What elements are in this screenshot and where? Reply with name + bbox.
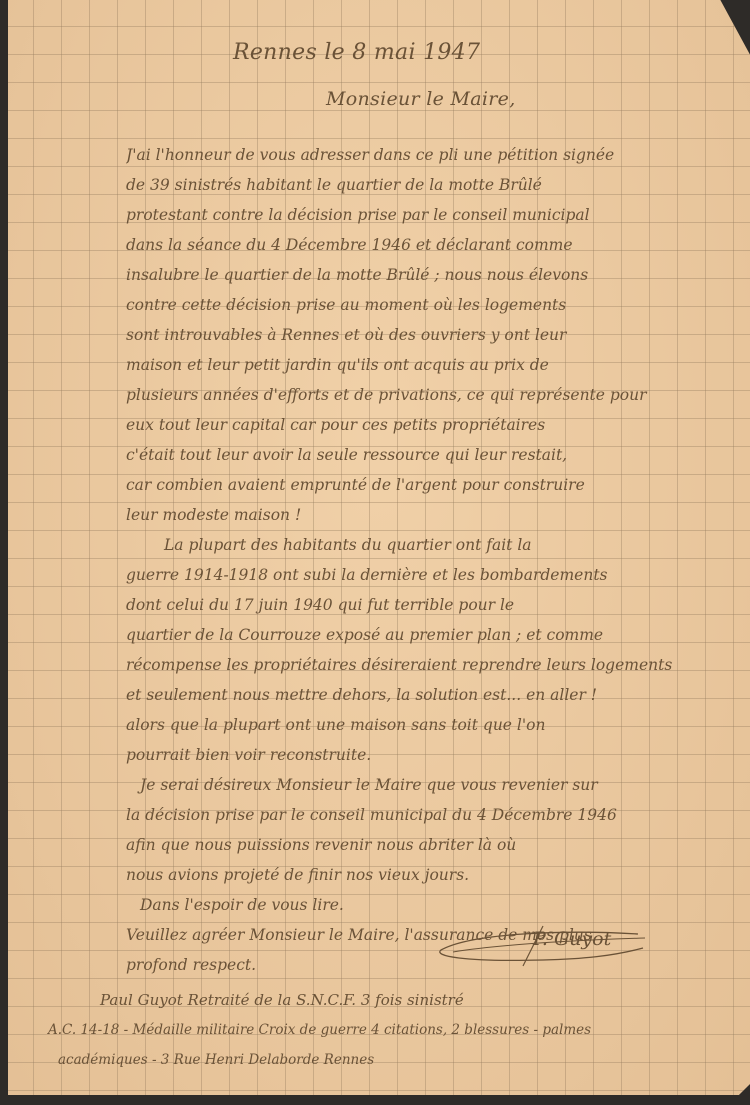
body-line: guerre 1914-1918 ont subi la dernière et… bbox=[126, 560, 736, 590]
body-line: la décision prise par le conseil municip… bbox=[126, 800, 736, 830]
body-line: protestant contre la décision prise par … bbox=[126, 200, 736, 230]
body-line: dont celui du 17 juin 1940 qui fut terri… bbox=[126, 590, 736, 620]
body-line: contre cette décision prise au moment où… bbox=[126, 290, 736, 320]
body-line: dans la séance du 4 Décembre 1946 et déc… bbox=[126, 230, 736, 260]
sender-name-line: Paul Guyot Retraité de la S.N.C.F. 3 foi… bbox=[48, 985, 738, 1015]
body-line: plusieurs années d'efforts et de privati… bbox=[126, 380, 736, 410]
letter-paper: Rennes le 8 mai 1947 Monsieur le Maire, … bbox=[8, 0, 750, 1095]
sender-address-line: académiques - 3 Rue Henri Delaborde Renn… bbox=[48, 1045, 738, 1075]
body-line: La plupart des habitants du quartier ont… bbox=[126, 530, 736, 560]
body-line: c'était tout leur avoir la seule ressour… bbox=[126, 440, 736, 470]
body-line: Dans l'espoir de vous lire. bbox=[126, 890, 736, 920]
body-line: de 39 sinistrés habitant le quartier de … bbox=[126, 170, 736, 200]
letter-body: J'ai l'honneur de vous adresser dans ce … bbox=[126, 140, 736, 980]
body-line: insalubre le quartier de la motte Brûlé … bbox=[126, 260, 736, 290]
body-line: Je serai désireux Monsieur le Maire que … bbox=[126, 770, 736, 800]
body-line: afin que nous puissions revenir nous abr… bbox=[126, 830, 736, 860]
body-line: pourrait bien voir reconstruite. bbox=[126, 740, 736, 770]
body-line: récompense les propriétaires désireraien… bbox=[126, 650, 736, 680]
place-date-heading: Rennes le 8 mai 1947 bbox=[233, 40, 480, 65]
body-line: eux tout leur capital car pour ces petit… bbox=[126, 410, 736, 440]
salutation: Monsieur le Maire, bbox=[326, 88, 516, 110]
body-line: leur modeste maison ! bbox=[126, 500, 736, 530]
body-line: maison et leur petit jardin qu'ils ont a… bbox=[126, 350, 736, 380]
body-line: quartier de la Courrouze exposé au premi… bbox=[126, 620, 736, 650]
sender-details: Paul Guyot Retraité de la S.N.C.F. 3 foi… bbox=[48, 985, 738, 1075]
sender-honors-line: A.C. 14-18 - Médaille militaire Croix de… bbox=[48, 1015, 738, 1045]
body-line: alors que la plupart ont une maison sans… bbox=[126, 710, 736, 740]
body-line: J'ai l'honneur de vous adresser dans ce … bbox=[126, 140, 736, 170]
body-line: sont introuvables à Rennes et où des ouv… bbox=[126, 320, 736, 350]
body-line: car combien avaient emprunté de l'argent… bbox=[126, 470, 736, 500]
signature: P. Guyot bbox=[433, 922, 648, 968]
body-line: nous avions projeté de finir nos vieux j… bbox=[126, 860, 736, 890]
body-line: et seulement nous mettre dehors, la solu… bbox=[126, 680, 736, 710]
signature-text: P. Guyot bbox=[533, 928, 611, 950]
